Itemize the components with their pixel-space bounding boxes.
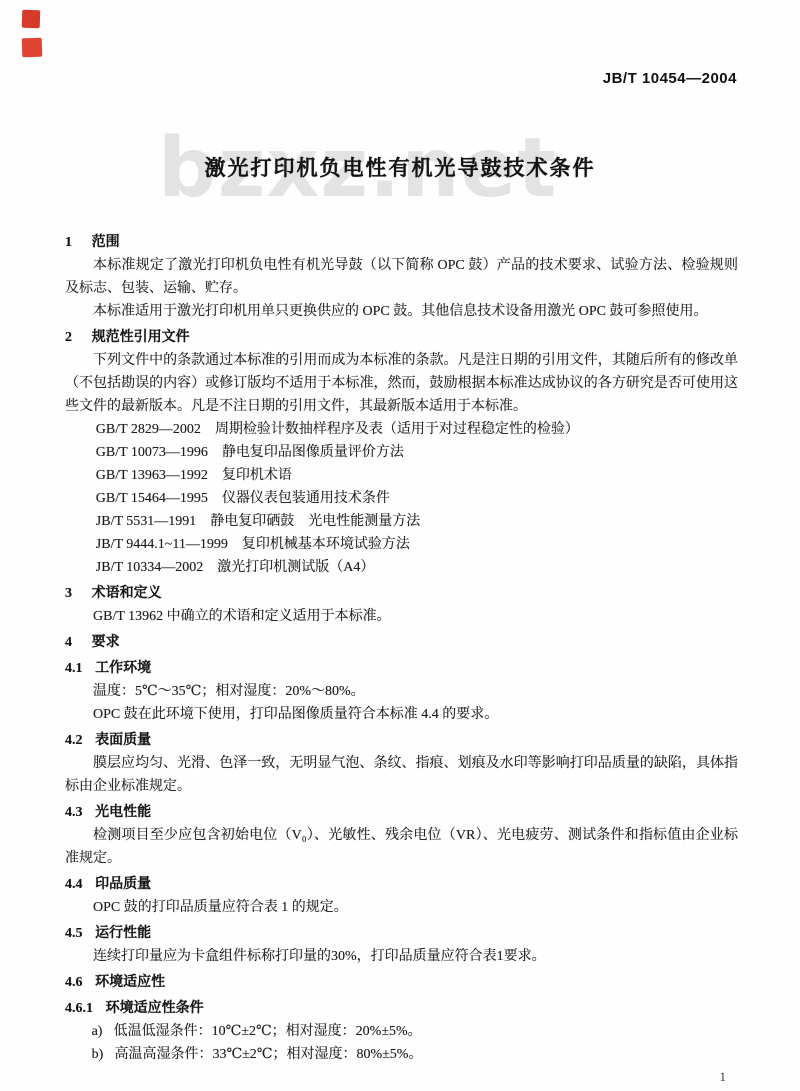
section-heading-2: 2规范性引用文件 [65, 326, 738, 349]
section-number: 2 [65, 326, 79, 349]
section-number: 4 [65, 631, 79, 654]
reference-item: GB/T 13963—1992复印机术语 [65, 464, 738, 487]
section-title: 要求 [92, 635, 120, 650]
paragraph-surface-quality: 膜层应均匀、光滑、色泽一致，无明显气泡、条纹、指痕、划痕及水印等影响打印品质量的… [65, 752, 738, 798]
reference-title: 静电复印硒鼓 光电性能测量方法 [210, 514, 420, 529]
section-number: 4.2 [65, 729, 83, 752]
reference-code: GB/T 10073—1996 [96, 445, 208, 460]
paragraph-normative-refs: 下列文件中的条款通过本标准的引用而成为本标准的条款。凡是注日期的引用文件，其随后… [65, 349, 738, 418]
paragraph-scope-1: 本标准规定了激光打印机负电性有机光导鼓（以下简称 OPC 鼓）产品的技术要求、试… [65, 254, 738, 300]
section-title: 环境适应性条件 [106, 1001, 204, 1016]
section-number: 4.5 [65, 922, 83, 945]
section-title: 范围 [92, 235, 120, 250]
list-item-label: b) [92, 1047, 104, 1062]
section-number: 4.6 [65, 971, 83, 994]
section-number: 4.4 [65, 873, 83, 896]
section-heading-4-6-1: 4.6.1环境适应性条件 [65, 997, 738, 1020]
section-title: 表面质量 [95, 733, 151, 748]
list-item-b: b)高温高湿条件：33℃±2℃；相对湿度：80%±5%。 [65, 1043, 738, 1066]
paragraph-scope-2: 本标准适用于激光打印机用单只更换供应的 OPC 鼓。其他信息技术设备用激光 OP… [65, 300, 738, 323]
reference-title: 复印机械基本环境试验方法 [242, 537, 410, 552]
reference-code: GB/T 15464—1995 [96, 491, 208, 506]
section-title: 光电性能 [95, 805, 151, 820]
list-item-label: a) [92, 1024, 103, 1039]
reference-item: JB/T 10334—2002激光打印机测试版（A4） [65, 556, 738, 579]
reference-code: GB/T 2829—2002 [96, 422, 201, 437]
section-heading-4-1: 4.1工作环境 [65, 657, 738, 680]
section-title: 环境适应性 [95, 975, 165, 990]
section-heading-1: 1范围 [65, 231, 738, 254]
list-item-text: 高温高湿条件：33℃±2℃；相对湿度：80%±5%。 [114, 1047, 422, 1062]
red-stamp-mark-top [22, 10, 41, 29]
section-heading-4-4: 4.4印品质量 [65, 873, 738, 896]
reference-item: JB/T 5531—1991静电复印硒鼓 光电性能测量方法 [65, 510, 738, 533]
document-title: 激光打印机负电性有机光导鼓技术条件 [0, 152, 800, 182]
reference-item: GB/T 10073—1996静电复印品图像质量评价方法 [65, 441, 738, 464]
reference-title: 复印机术语 [222, 468, 292, 483]
reference-code: GB/T 13963—1992 [96, 468, 208, 483]
section-title: 术语和定义 [92, 586, 162, 601]
section-number: 1 [65, 231, 79, 254]
scanned-document-page: JB/T 10454—2004 bzxz.net 激光打印机负电性有机光导鼓技术… [0, 0, 800, 1091]
reference-item: GB/T 15464—1995仪器仪表包装通用技术条件 [65, 487, 738, 510]
paragraph-print-quality: OPC 鼓的打印品质量应符合表 1 的规定。 [65, 896, 738, 919]
reference-code: JB/T 10334—2002 [96, 560, 203, 575]
section-heading-4-5: 4.5运行性能 [65, 922, 738, 945]
section-heading-4: 4要求 [65, 631, 738, 654]
list-item-a: a)低温低湿条件：10℃±2℃；相对湿度：20%±5%。 [65, 1020, 738, 1043]
section-title: 工作环境 [95, 661, 151, 676]
standard-code: JB/T 10454—2004 [603, 70, 737, 87]
section-title: 规范性引用文件 [92, 330, 190, 345]
section-heading-4-2: 4.2表面质量 [65, 729, 738, 752]
paragraph-work-env-1: 温度：5℃～35℃；相对湿度：20%～80%。 [65, 680, 738, 703]
section-number: 3 [65, 582, 79, 605]
red-stamp-mark-bottom [22, 38, 43, 58]
paragraph-running-performance: 连续打印量应为卡盒组件标称打印量的30%，打印品质量应符合表1要求。 [65, 945, 738, 968]
reference-code: JB/T 5531—1991 [96, 514, 196, 529]
section-number: 4.6.1 [65, 997, 93, 1020]
reference-item: GB/T 2829—2002周期检验计数抽样程序及表（适用于对过程稳定性的检验） [65, 418, 738, 441]
paragraph-terms: GB/T 13962 中确立的术语和定义适用于本标准。 [65, 605, 738, 628]
list-item-text: 低温低湿条件：10℃±2℃；相对湿度：20%±5%。 [114, 1024, 422, 1039]
section-heading-4-6: 4.6环境适应性 [65, 971, 738, 994]
reference-title: 周期检验计数抽样程序及表（适用于对过程稳定性的检验） [215, 422, 579, 437]
document-body: 1范围 本标准规定了激光打印机负电性有机光导鼓（以下简称 OPC 鼓）产品的技术… [65, 228, 738, 1066]
section-title: 印品质量 [95, 877, 151, 892]
page-number: 1 [720, 1069, 727, 1085]
reference-item: JB/T 9444.1~11—1999复印机械基本环境试验方法 [65, 533, 738, 556]
section-title: 运行性能 [95, 926, 151, 941]
paragraph-work-env-2: OPC 鼓在此环境下使用，打印品图像质量符合本标准 4.4 的要求。 [65, 703, 738, 726]
section-heading-4-3: 4.3光电性能 [65, 801, 738, 824]
reference-title: 仪器仪表包装通用技术条件 [222, 491, 390, 506]
section-heading-3: 3术语和定义 [65, 582, 738, 605]
paragraph-photoelectric: 检测项目至少应包含初始电位（V₀）、光敏性、残余电位（VR）、光电疲劳、测试条件… [65, 824, 738, 870]
reference-title: 激光打印机测试版（A4） [217, 560, 374, 575]
reference-title: 静电复印品图像质量评价方法 [222, 445, 404, 460]
section-number: 4.3 [65, 801, 83, 824]
section-number: 4.1 [65, 657, 83, 680]
reference-code: JB/T 9444.1~11—1999 [96, 537, 228, 552]
